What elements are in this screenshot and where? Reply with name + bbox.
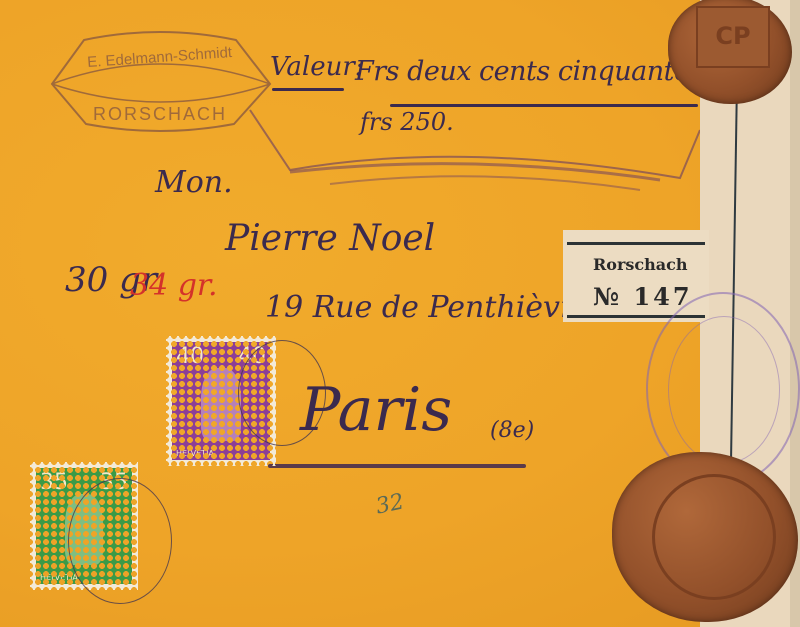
weight-note-corrected: 34 gr. [130,268,218,303]
registration-number: № 147 [593,282,693,311]
stamp-value: 40 [176,344,204,369]
stamp-country: HELVETIA [176,449,214,458]
addressee-title: Mon. [155,165,233,200]
addressee-district: (8e) [490,418,534,443]
violet-postmark-inner-ring [668,316,780,464]
addressee-street: 19 Rue de Penthièvre [265,290,592,325]
registration-town: Rorschach [593,255,688,274]
wax-seal-top: CP [668,0,792,104]
cancellation-postmark [238,340,326,446]
svg-text:RORSCHACH: RORSCHACH [93,104,227,124]
helvetia-figure-icon [201,368,240,441]
label-top-rule [567,242,705,245]
cancellation-postmark [68,478,172,604]
addressee-name: Pierre Noel [225,218,435,259]
svg-text:E. Edelmann-Schmidt: E. Edelmann-Schmidt [87,44,234,71]
stamp-country: HELVETIA [40,573,78,582]
pencil-scribble [240,100,700,200]
stamp-value: 35 [40,470,68,495]
seal-initials: CP [698,22,768,50]
seal-plate-icon: CP [696,6,770,68]
value-label-underline [272,88,344,91]
seal-crest-icon [652,474,776,600]
declared-value-label: Valeur: [270,52,364,82]
wax-seal-bottom [612,452,798,622]
declared-value-text: Frs deux cents cinquante [355,56,689,87]
city-underline [268,464,526,468]
